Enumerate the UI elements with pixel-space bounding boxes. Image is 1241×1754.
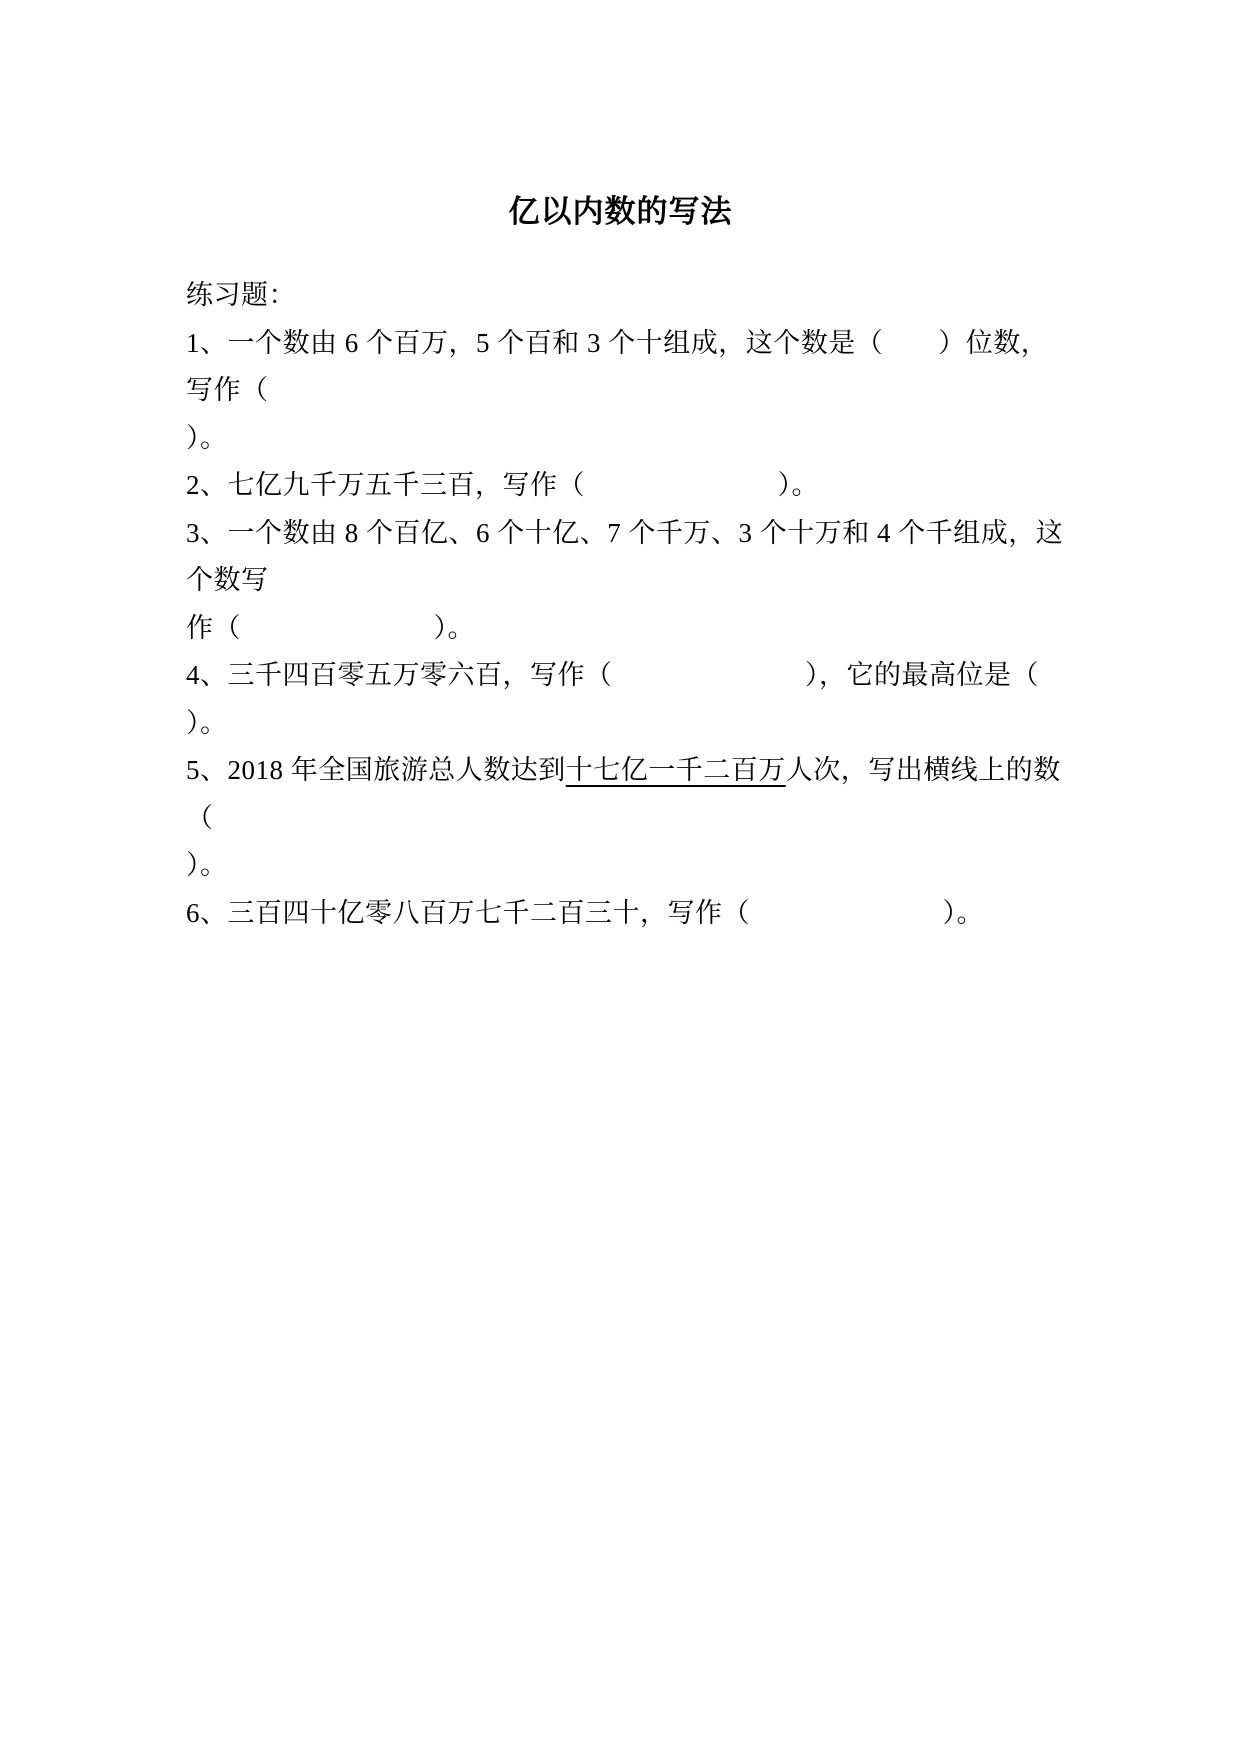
- worksheet-page: 亿以内数的写法 练习题： 1、一个数由 6 个百万，5 个百和 3 个十组成，这…: [0, 0, 1241, 1754]
- underlined-number: 十七亿一千二百万: [566, 755, 786, 785]
- question-3-line-1: 3、一个数由 8 个百亿、6 个十亿、7 个千万、3 个十万和 4 个千组成，这…: [186, 510, 1071, 605]
- question-3-line-2: 作（ ）。: [186, 605, 1071, 653]
- question-1-line-2: ）。: [186, 415, 1071, 463]
- question-6-line-1: 6、三百四十亿零八百万七千二百三十，写作（ ）。: [186, 890, 1071, 938]
- exercise-label: 练习题：: [186, 272, 1071, 320]
- page-title: 亿以内数的写法: [0, 192, 1241, 232]
- question-2-line-1: 2、七亿九千万五千三百，写作（ ）。: [186, 462, 1071, 510]
- question-4-line-1: 4、三千四百零五万零六百，写作（ ），它的最高位是（: [186, 652, 1071, 700]
- question-5-text-before-underline: 5、2018 年全国旅游总人数达到: [186, 755, 566, 785]
- question-5-line-2: ）。: [186, 842, 1071, 890]
- question-1-line-1: 1、一个数由 6 个百万，5 个百和 3 个十组成，这个数是（ ）位数，写作（: [186, 320, 1071, 415]
- worksheet-body: 练习题： 1、一个数由 6 个百万，5 个百和 3 个十组成，这个数是（ ）位数…: [186, 272, 1071, 937]
- question-5-line-1: 5、2018 年全国旅游总人数达到十七亿一千二百万人次，写出横线上的数（: [186, 747, 1071, 842]
- question-4-line-2: ）。: [186, 700, 1071, 748]
